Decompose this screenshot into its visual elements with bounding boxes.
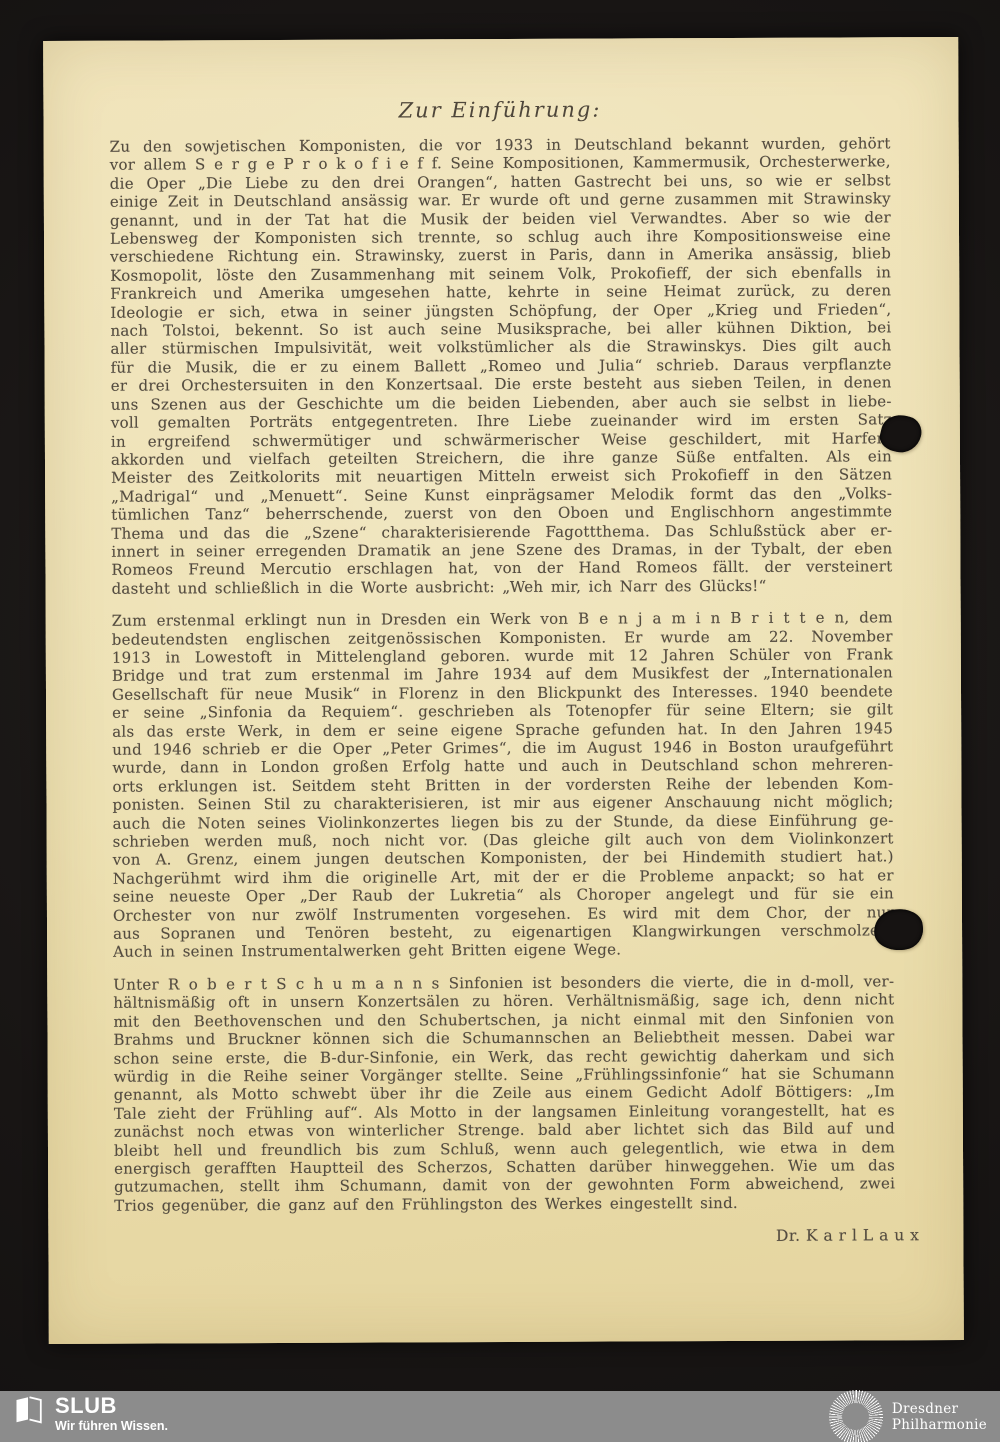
text-line: dasteht und schließlich in die Worte aus… bbox=[112, 576, 893, 598]
scan-viewer: { "document": { "title": "Zur Einführung… bbox=[0, 0, 1000, 1442]
paragraph-britten: Zum erstenmal erklingt nun in Dresden ei… bbox=[112, 608, 895, 961]
page-title: Zur Einführung: bbox=[109, 95, 890, 124]
document-page: Zur Einführung: Zu den sowjetischen Komp… bbox=[43, 37, 964, 1344]
open-book-icon bbox=[15, 1396, 42, 1425]
philharmonie-wordmark: Dresdner Philharmonie bbox=[892, 1401, 987, 1433]
philharmonie-wordmark-line2: Philharmonie bbox=[892, 1417, 987, 1433]
text-line: gutzumachen, stellt ihm Schumann, damit … bbox=[114, 1175, 895, 1197]
paragraph-schumann: Unter R o b e r t S c h u m a n n s Sinf… bbox=[113, 972, 895, 1215]
paragraph-prokofieff: Zu den sowjetischen Komponisten, die vor… bbox=[110, 134, 893, 598]
text-line: Auch in seinen Instrumentalwerken geht B… bbox=[113, 940, 894, 962]
page-content: Zur Einführung: Zu den sowjetischen Komp… bbox=[109, 95, 895, 1248]
text-line: Romeos Freund Mercutio erschlagen hat, v… bbox=[111, 558, 892, 580]
slub-wordmark-block: SLUB Wir führen Wissen. bbox=[55, 1394, 168, 1433]
slub-logo: SLUB Wir führen Wissen. bbox=[15, 1394, 168, 1433]
slub-tagline: Wir führen Wissen. bbox=[55, 1419, 168, 1433]
author-signature: Dr. K a r l L a u x bbox=[114, 1226, 919, 1248]
philharmonie-wordmark-line1: Dresdner bbox=[892, 1401, 987, 1417]
text-line: Trios gegenüber, die ganz auf den Frühli… bbox=[114, 1193, 895, 1215]
philharmonie-logo: Dresdner Philharmonie bbox=[829, 1391, 987, 1442]
footer-bar: SLUB Wir führen Wissen. Dresdner Philhar… bbox=[0, 1391, 1000, 1442]
slub-wordmark: SLUB bbox=[55, 1394, 168, 1417]
sunburst-icon bbox=[829, 1390, 883, 1442]
